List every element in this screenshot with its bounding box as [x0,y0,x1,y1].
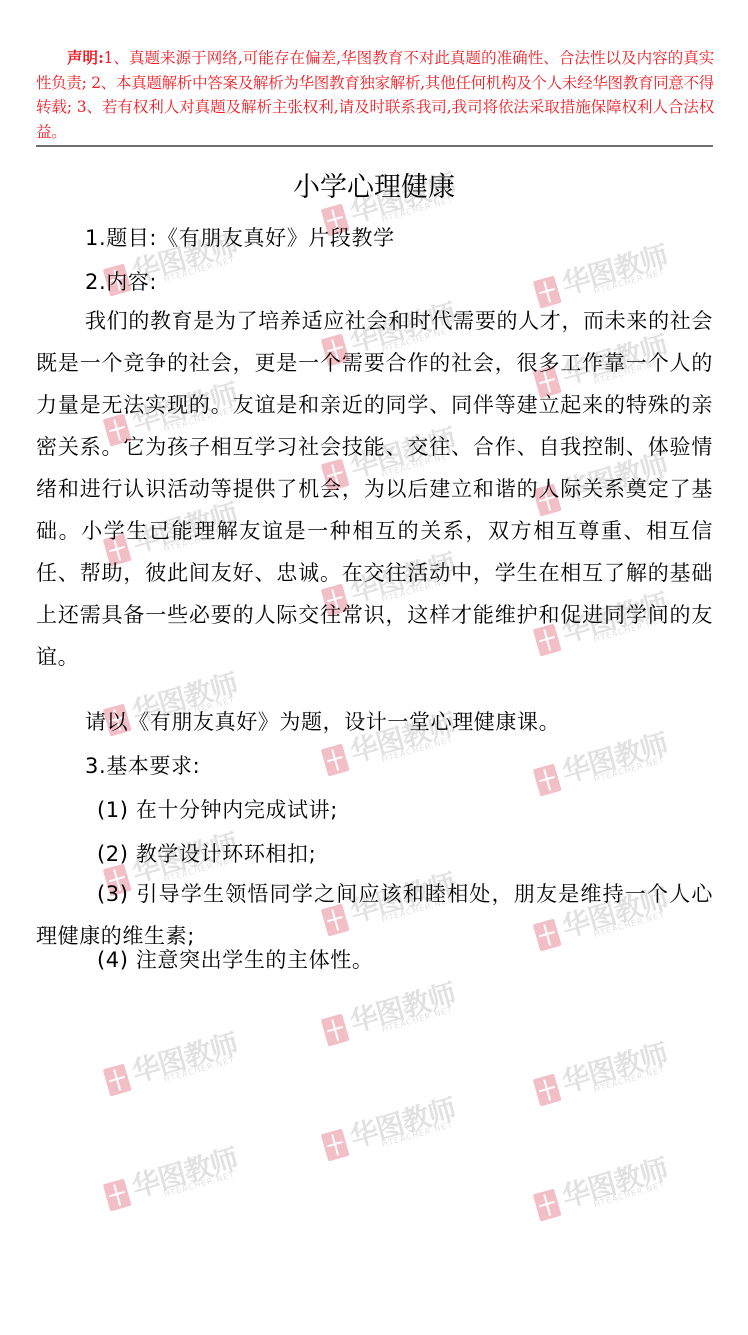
watermark-logo-icon [321,1014,350,1047]
disclaimer-text: 1、真题来源于网络,可能存在偏差,华图教育不对此真题的准确性、合法性以及内容的真… [36,49,714,141]
watermark-logo-icon [321,1129,350,1162]
content-paragraph: 我们的教育是为了培养适应社会和时代需要的人才，而未来的社会既是一个竞争的社会，更… [36,300,713,678]
requirement-item: (1) 在十分钟内完成试讲; [97,794,338,824]
watermark-logo-icon [103,1064,132,1097]
watermark-logo-icon [321,744,350,777]
disclaimer: 声明:1、真题来源于网络,可能存在偏差,华图教育不对此真题的准确性、合法性以及内… [36,46,714,144]
requirement-item: (2) 教学设计环环相扣; [97,838,316,868]
watermark-logo-icon [533,1189,562,1222]
watermark-logo-icon [533,1074,562,1107]
watermark-logo-icon [103,1179,132,1212]
item-topic: 1.题目:《有朋友真好》片段教学 [85,222,395,252]
document-page: 华图教师HTEACHER.NET 华图教师HTEACHER.NET 华图教师HT… [0,0,748,1335]
page-title: 小学心理健康 [0,165,748,204]
watermark-logo-icon [533,764,562,797]
requirement-item: (4) 注意突出学生的主体性。 [97,944,373,974]
item-content-heading: 2.内容: [85,266,157,296]
task-instruction: 请以《有朋友真好》为题，设计一堂心理健康课。 [85,706,560,736]
item-requirements-heading: 3.基本要求: [85,750,200,780]
disclaimer-label: 声明: [67,48,104,67]
header-divider [36,145,713,147]
